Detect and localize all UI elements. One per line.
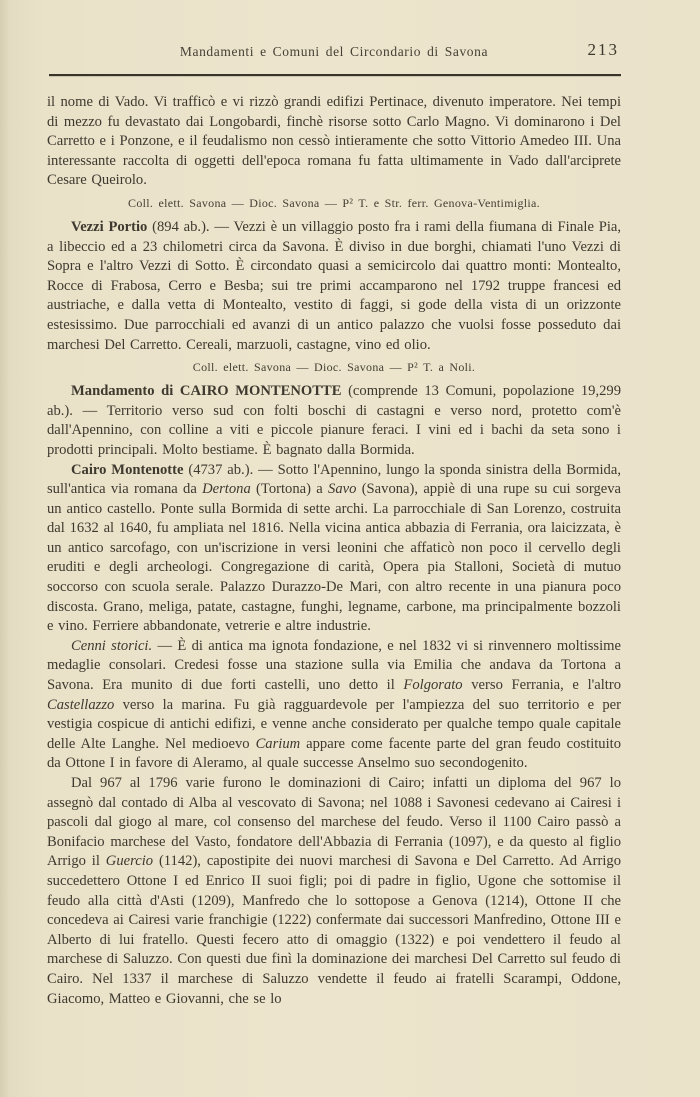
paragraph-cairo-montenotte: Cairo Montenotte (4737 ab.). — Sotto l'A… [47,461,621,637]
text-run: Guercio [106,853,153,869]
text-run: Castellazzo [47,697,114,713]
text-block: Mandamenti e Comuni del Circondario di S… [47,44,621,1009]
text-run: Carium [256,736,301,752]
text-run: Cairo Montenotte [71,462,183,478]
text-run: Mandamento di CAIRO MONTENOTTE [71,383,341,399]
text-run: il nome di Vado. Vi trafficò e vi rizzò … [47,94,621,188]
text-run: (1142), capostipite dei nuovi marchesi d… [47,853,621,1006]
text-run: Dertona [202,481,251,497]
page-body: il nome di Vado. Vi trafficò e vi rizzò … [47,93,621,1009]
paragraph-vado-continuation: il nome di Vado. Vi trafficò e vi rizzò … [47,93,621,191]
text-run: (Tortona) a [251,481,328,497]
text-run: verso Ferrania, e l'altro [463,677,621,693]
text-run: Vezzi Portio [71,219,147,235]
note-vezzi: Coll. elett. Savona — Dioc. Savona — P² … [47,360,621,375]
page-header: Mandamenti e Comuni del Circondario di S… [47,44,621,64]
running-head-title: Mandamenti e Comuni del Circondario di S… [47,44,621,60]
paragraph-dominazioni: Dal 967 al 1796 varie furono le dominazi… [47,774,621,1009]
text-run: (894 ab.). — Vezzi è un villaggio posto … [47,219,621,353]
text-run: Cenni storici. [71,638,152,654]
text-run: (Savona), appiè di una rupe su cui sorge… [47,481,621,634]
paragraph-vezzi-portio: Vezzi Portio (894 ab.). — Vezzi è un vil… [47,218,621,355]
text-run: Savo [328,481,356,497]
page-number: 213 [588,40,620,60]
paragraph-mandamento-cairo: Mandamento di CAIRO MONTENOTTE (comprend… [47,382,621,460]
text-run: Folgorato [403,677,462,693]
scanned-book-page: Mandamenti e Comuni del Circondario di S… [0,0,700,1097]
note-vado: Coll. elett. Savona — Dioc. Savona — P² … [47,196,621,211]
header-rule [49,74,621,76]
paragraph-cenni-storici: Cenni storici. — È di antica ma ignota f… [47,637,621,774]
